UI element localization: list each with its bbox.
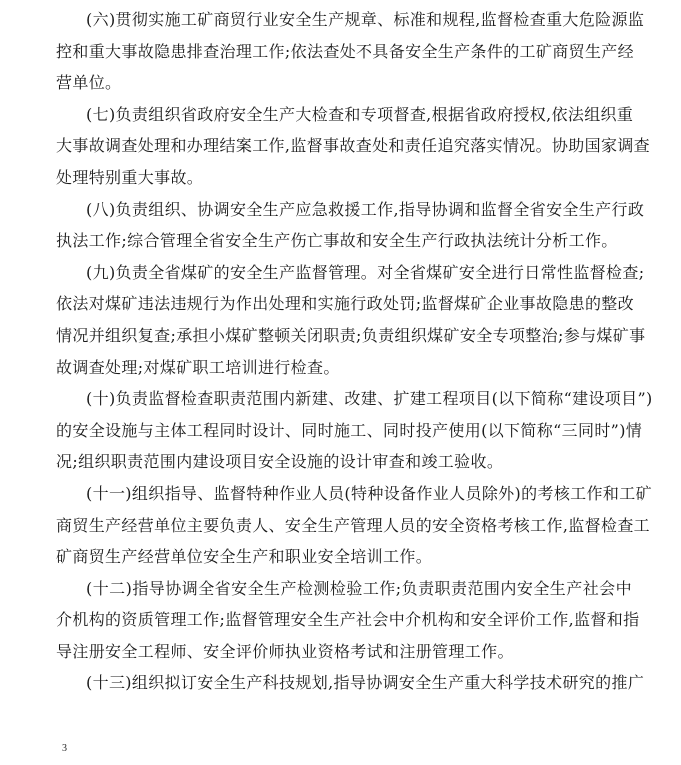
- text-line: 矿商贸生产经营单位安全生产和职业安全培训工作。: [56, 541, 632, 573]
- text-line: 故调查处理;对煤矿职工培训进行检查。: [56, 352, 632, 384]
- text-line: 的安全设施与主体工程同时设计、同时施工、同时投产使用(以下简称“三同时”)情: [56, 415, 632, 447]
- text-line: (七)负责组织省政府安全生产大检查和专项督查,根据省政府授权,依法组织重: [56, 99, 632, 131]
- paragraph-9: (九)负责全省煤矿的安全生产监督管理。对全省煤矿安全进行日常性监督检查; 依法对…: [56, 257, 632, 383]
- text-line: (九)负责全省煤矿的安全生产监督管理。对全省煤矿安全进行日常性监督检查;: [56, 257, 632, 289]
- paragraph-6: (六)贯彻实施工矿商贸行业安全生产规章、标准和规程,监督检查重大危险源监 控和重…: [56, 4, 632, 99]
- page-number: 3: [62, 743, 67, 754]
- text-line: 商贸生产经营单位主要负责人、安全生产管理人员的安全资格考核工作,监督检查工: [56, 510, 632, 542]
- document-body: (六)贯彻实施工矿商贸行业安全生产规章、标准和规程,监督检查重大危险源监 控和重…: [56, 4, 632, 699]
- paragraph-7: (七)负责组织省政府安全生产大检查和专项督查,根据省政府授权,依法组织重 大事故…: [56, 99, 632, 194]
- text-line: (十二)指导协调全省安全生产检测检验工作;负责职责范围内安全生产社会中: [56, 573, 632, 605]
- text-line: (八)负责组织、协调安全生产应急救援工作,指导协调和监督全省安全生产行政: [56, 194, 632, 226]
- text-line: 况;组织职责范围内建设项目安全设施的设计审查和竣工验收。: [56, 446, 632, 478]
- text-line: (六)贯彻实施工矿商贸行业安全生产规章、标准和规程,监督检查重大危险源监: [56, 4, 632, 36]
- paragraph-10: (十)负责监督检查职责范围内新建、改建、扩建工程项目(以下简称“建设项目”) 的…: [56, 383, 632, 478]
- paragraph-8: (八)负责组织、协调安全生产应急救援工作,指导协调和监督全省安全生产行政 执法工…: [56, 194, 632, 257]
- text-line: 介机构的资质管理工作;监督管理安全生产社会中介机构和安全评价工作,监督和指: [56, 604, 632, 636]
- text-line: (十一)组织指导、监督特种作业人员(特种设备作业人员除外)的考核工作和工矿: [56, 478, 632, 510]
- text-line: 依法对煤矿违法违规行为作出处理和实施行政处罚;监督煤矿企业事故隐患的整改: [56, 288, 632, 320]
- text-line: 情况并组织复查;承担小煤矿整顿关闭职责;负责组织煤矿安全专项整治;参与煤矿事: [56, 320, 632, 352]
- paragraph-11: (十一)组织指导、监督特种作业人员(特种设备作业人员除外)的考核工作和工矿 商贸…: [56, 478, 632, 573]
- paragraph-13: (十三)组织拟订安全生产科技规划,指导协调安全生产重大科学技术研究的推广: [56, 667, 632, 699]
- paragraph-12: (十二)指导协调全省安全生产检测检验工作;负责职责范围内安全生产社会中 介机构的…: [56, 573, 632, 668]
- text-line: 控和重大事故隐患排查治理工作;依法查处不具备安全生产条件的工矿商贸生产经: [56, 36, 632, 68]
- text-line: (十)负责监督检查职责范围内新建、改建、扩建工程项目(以下简称“建设项目”): [56, 383, 632, 415]
- text-line: 营单位。: [56, 67, 632, 99]
- text-line: 处理特别重大事故。: [56, 162, 632, 194]
- text-line: (十三)组织拟订安全生产科技规划,指导协调安全生产重大科学技术研究的推广: [56, 667, 632, 699]
- document-page: (六)贯彻实施工矿商贸行业安全生产规章、标准和规程,监督检查重大危险源监 控和重…: [0, 0, 681, 765]
- text-line: 执法工作;综合管理全省安全生产伤亡事故和安全生产行政执法统计分析工作。: [56, 225, 632, 257]
- text-line: 导注册安全工程师、安全评价师执业资格考试和注册管理工作。: [56, 636, 632, 668]
- text-line: 大事故调查处理和办理结案工作,监督事故查处和责任追究落实情况。协助国家调查: [56, 130, 632, 162]
